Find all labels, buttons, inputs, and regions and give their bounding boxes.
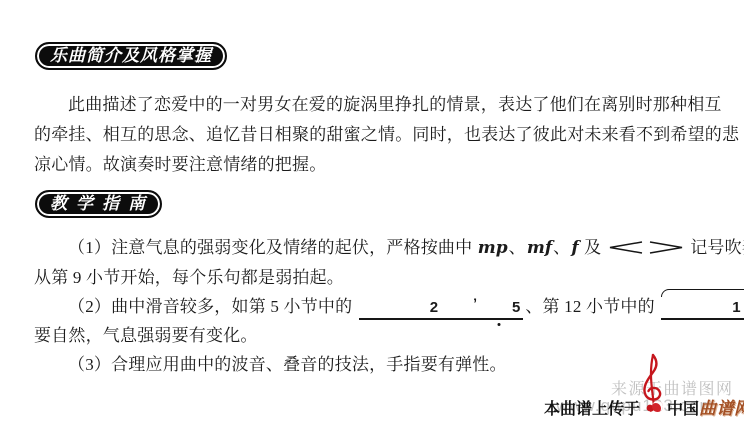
guide-line: （1）注意气息的强弱变化及情绪的起伏，严格按曲中 mp、mf、f 及 记号吹奏，… bbox=[34, 233, 718, 263]
guide-text: 、 bbox=[509, 238, 526, 257]
dynamic-marking-f: f bbox=[571, 238, 578, 258]
site-logo-icon bbox=[652, 401, 663, 412]
guide-text: （1）注意气息的强弱变化及情绪的起伏，严格按曲中 bbox=[68, 238, 477, 257]
guide-line: （3）合理应用曲中的波音、叠音的技法，手指要有弹性。 bbox=[34, 350, 718, 379]
guide-text: （2）曲中滑音较多，如第 5 小节中的 bbox=[68, 297, 357, 316]
sheet-music-intro-page: 乐曲简介及风格掌握 此曲描述了恋爱中的一对男女在爱的旋涡里挣扎的情景，表达了他们… bbox=[0, 0, 744, 422]
jianpu-notation: 1‵6 bbox=[661, 296, 744, 320]
section-badge-intro-label: 乐曲简介及风格掌握 bbox=[50, 46, 212, 65]
jianpu-digit: 5 bbox=[477, 300, 521, 317]
jianpu-digit: 2 bbox=[395, 300, 439, 317]
section-badge-intro: 乐曲简介及风格掌握 bbox=[35, 42, 227, 70]
intro-paragraph: 此曲描述了恋爱中的一对男女在爱的旋涡里挣扎的情景，表达了他们在离别时那种相互 的… bbox=[34, 90, 718, 180]
jianpu-digit: 1 bbox=[697, 300, 741, 317]
guide-text: 、第 12 小节中的 bbox=[525, 297, 659, 316]
intro-line: 此曲描述了恋爱中的一对男女在爱的旋涡里挣扎的情景，表达了他们在离别时那种相互 bbox=[34, 90, 718, 120]
intro-line: 的牵挂、相互的思念、追忆昔日相聚的甜蜜之情。同时，也表达了彼此对未来看不到希望的… bbox=[34, 120, 718, 150]
guide-line: 要自然，气息强弱要有变化。 bbox=[34, 321, 718, 350]
jianpu-notation: 2’5 bbox=[359, 296, 524, 320]
guide-text: 从第 9 小节开始，每个乐句都是弱拍起。 bbox=[34, 268, 344, 287]
dynamic-marking-mp: mp bbox=[478, 238, 508, 258]
guide-text: 、 bbox=[553, 238, 570, 257]
site-name-prefix: 中国 bbox=[667, 396, 699, 419]
guide-text: 记号吹奏，且 bbox=[686, 238, 744, 257]
guide-line: （2）曲中滑音较多，如第 5 小节中的 2’5、第 12 小节中的 1‵6、6’… bbox=[34, 292, 718, 321]
crescendo-hairpin-icon bbox=[608, 241, 644, 254]
guide-line: 从第 9 小节开始，每个乐句都是弱拍起。 bbox=[34, 263, 718, 292]
tie-arc-icon bbox=[661, 289, 744, 297]
teaching-guide-paragraphs: （1）注意气息的强弱变化及情绪的起伏，严格按曲中 mp、mf、f 及 记号吹奏，… bbox=[34, 233, 718, 379]
section-badge-guide: 教学指南 bbox=[35, 190, 162, 218]
guide-text: 要自然，气息强弱要有变化。 bbox=[34, 326, 258, 345]
section-badge-guide-label: 教学指南 bbox=[50, 194, 154, 213]
upload-credit-text: 本曲谱上传于 bbox=[544, 396, 640, 419]
site-name-logo: 曲谱网 bbox=[699, 394, 744, 419]
decrescendo-hairpin-icon bbox=[648, 241, 684, 254]
intro-line: 凉心情。故演奏时要注意情绪的把握。 bbox=[34, 150, 718, 180]
octave-dot-icon bbox=[498, 323, 501, 326]
up-slide-mark-icon: ’ bbox=[439, 296, 477, 311]
guide-text: 及 bbox=[580, 238, 606, 257]
guide-text: （3）合理应用曲中的波音、叠音的技法，手指要有弹性。 bbox=[68, 355, 507, 374]
dynamic-marking-mf: mf bbox=[527, 238, 552, 258]
